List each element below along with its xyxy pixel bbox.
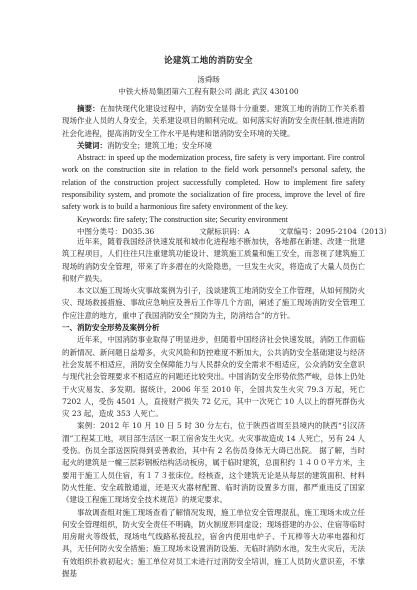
keywords-cn: 关键词：消防安全；建筑工地；安全环境 bbox=[62, 140, 365, 152]
body-paragraph: 事故调查组对施工现场查看了解情况发现，施工单位安全管理混乱，施工现场未成立任何安… bbox=[62, 507, 365, 581]
abstract-label: 摘要： bbox=[77, 104, 100, 113]
body-paragraph: 案例：2012 年 10 月 10 日 5 时 30 分左右，位于陕西省周至县境… bbox=[62, 420, 365, 506]
body-paragraph: 近年来，中国消防事业取得了明显进步，但随着中国经济社会快速发展，消防工作面临的新… bbox=[62, 334, 365, 420]
keywords-label: 关键词： bbox=[77, 141, 107, 150]
keywords-text: 消防安全；建筑工地；安全环境 bbox=[107, 141, 212, 150]
author: 汤舜旸 bbox=[0, 74, 417, 85]
body-section: 近年来，随着我国经济快速发展和城市化进程地不断加快，各地都在新建、改建一批建筑工… bbox=[62, 236, 365, 580]
affiliation: 中铁大桥局集团第六工程有限公司 湖北 武汉 430100 bbox=[0, 86, 417, 97]
paper-title: 论建筑工地的消防安全 bbox=[0, 54, 417, 66]
keywords-en: Keywords: fire safety; The construction … bbox=[62, 214, 365, 226]
abstract-cn: 摘要：在加快现代化建设过程中，消防安全显得十分重要。建筑工地的消防工作关系着现场… bbox=[62, 103, 365, 140]
body-paragraph: 近年来，随着我国经济快速发展和城市化进程地不断加快，各地都在新建、改建一批建筑工… bbox=[62, 236, 365, 285]
section-heading: 一、消防安全形势及案例分析 bbox=[62, 322, 365, 334]
abstract-en: Abstract: in speed up the modernization … bbox=[62, 152, 365, 213]
abstract-text: 在加快现代化建设过程中，消防安全显得十分重要。建筑工地的消防工作关系着现场作业人… bbox=[62, 104, 365, 138]
abstract-section: 摘要：在加快现代化建设过程中，消防安全显得十分重要。建筑工地的消防工作关系着现场… bbox=[62, 103, 365, 238]
body-paragraph: 本文以施工现场火灾事故案例为引子，浅谈建筑工地消防安全工作管理，从如何预防火灾、… bbox=[62, 285, 365, 322]
